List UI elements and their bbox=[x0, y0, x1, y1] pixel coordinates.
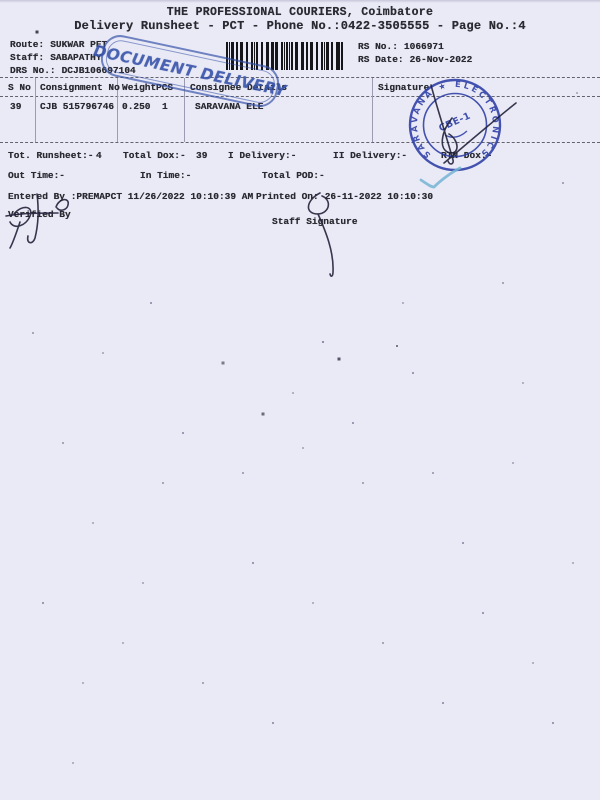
stamp-signature-stroke bbox=[431, 85, 453, 164]
verified-by-signature bbox=[10, 207, 31, 226]
stamp-signature-stroke bbox=[444, 103, 516, 163]
handwriting-layer bbox=[0, 0, 600, 800]
staff-signature-stroke bbox=[318, 214, 333, 276]
teal-checkmark bbox=[421, 168, 460, 187]
verified-by-signature bbox=[56, 200, 68, 211]
scanned-runsheet-document: THE PROFESSIONAL COURIERS, Coimbatore De… bbox=[0, 0, 600, 800]
staff-signature-stroke bbox=[308, 193, 328, 214]
